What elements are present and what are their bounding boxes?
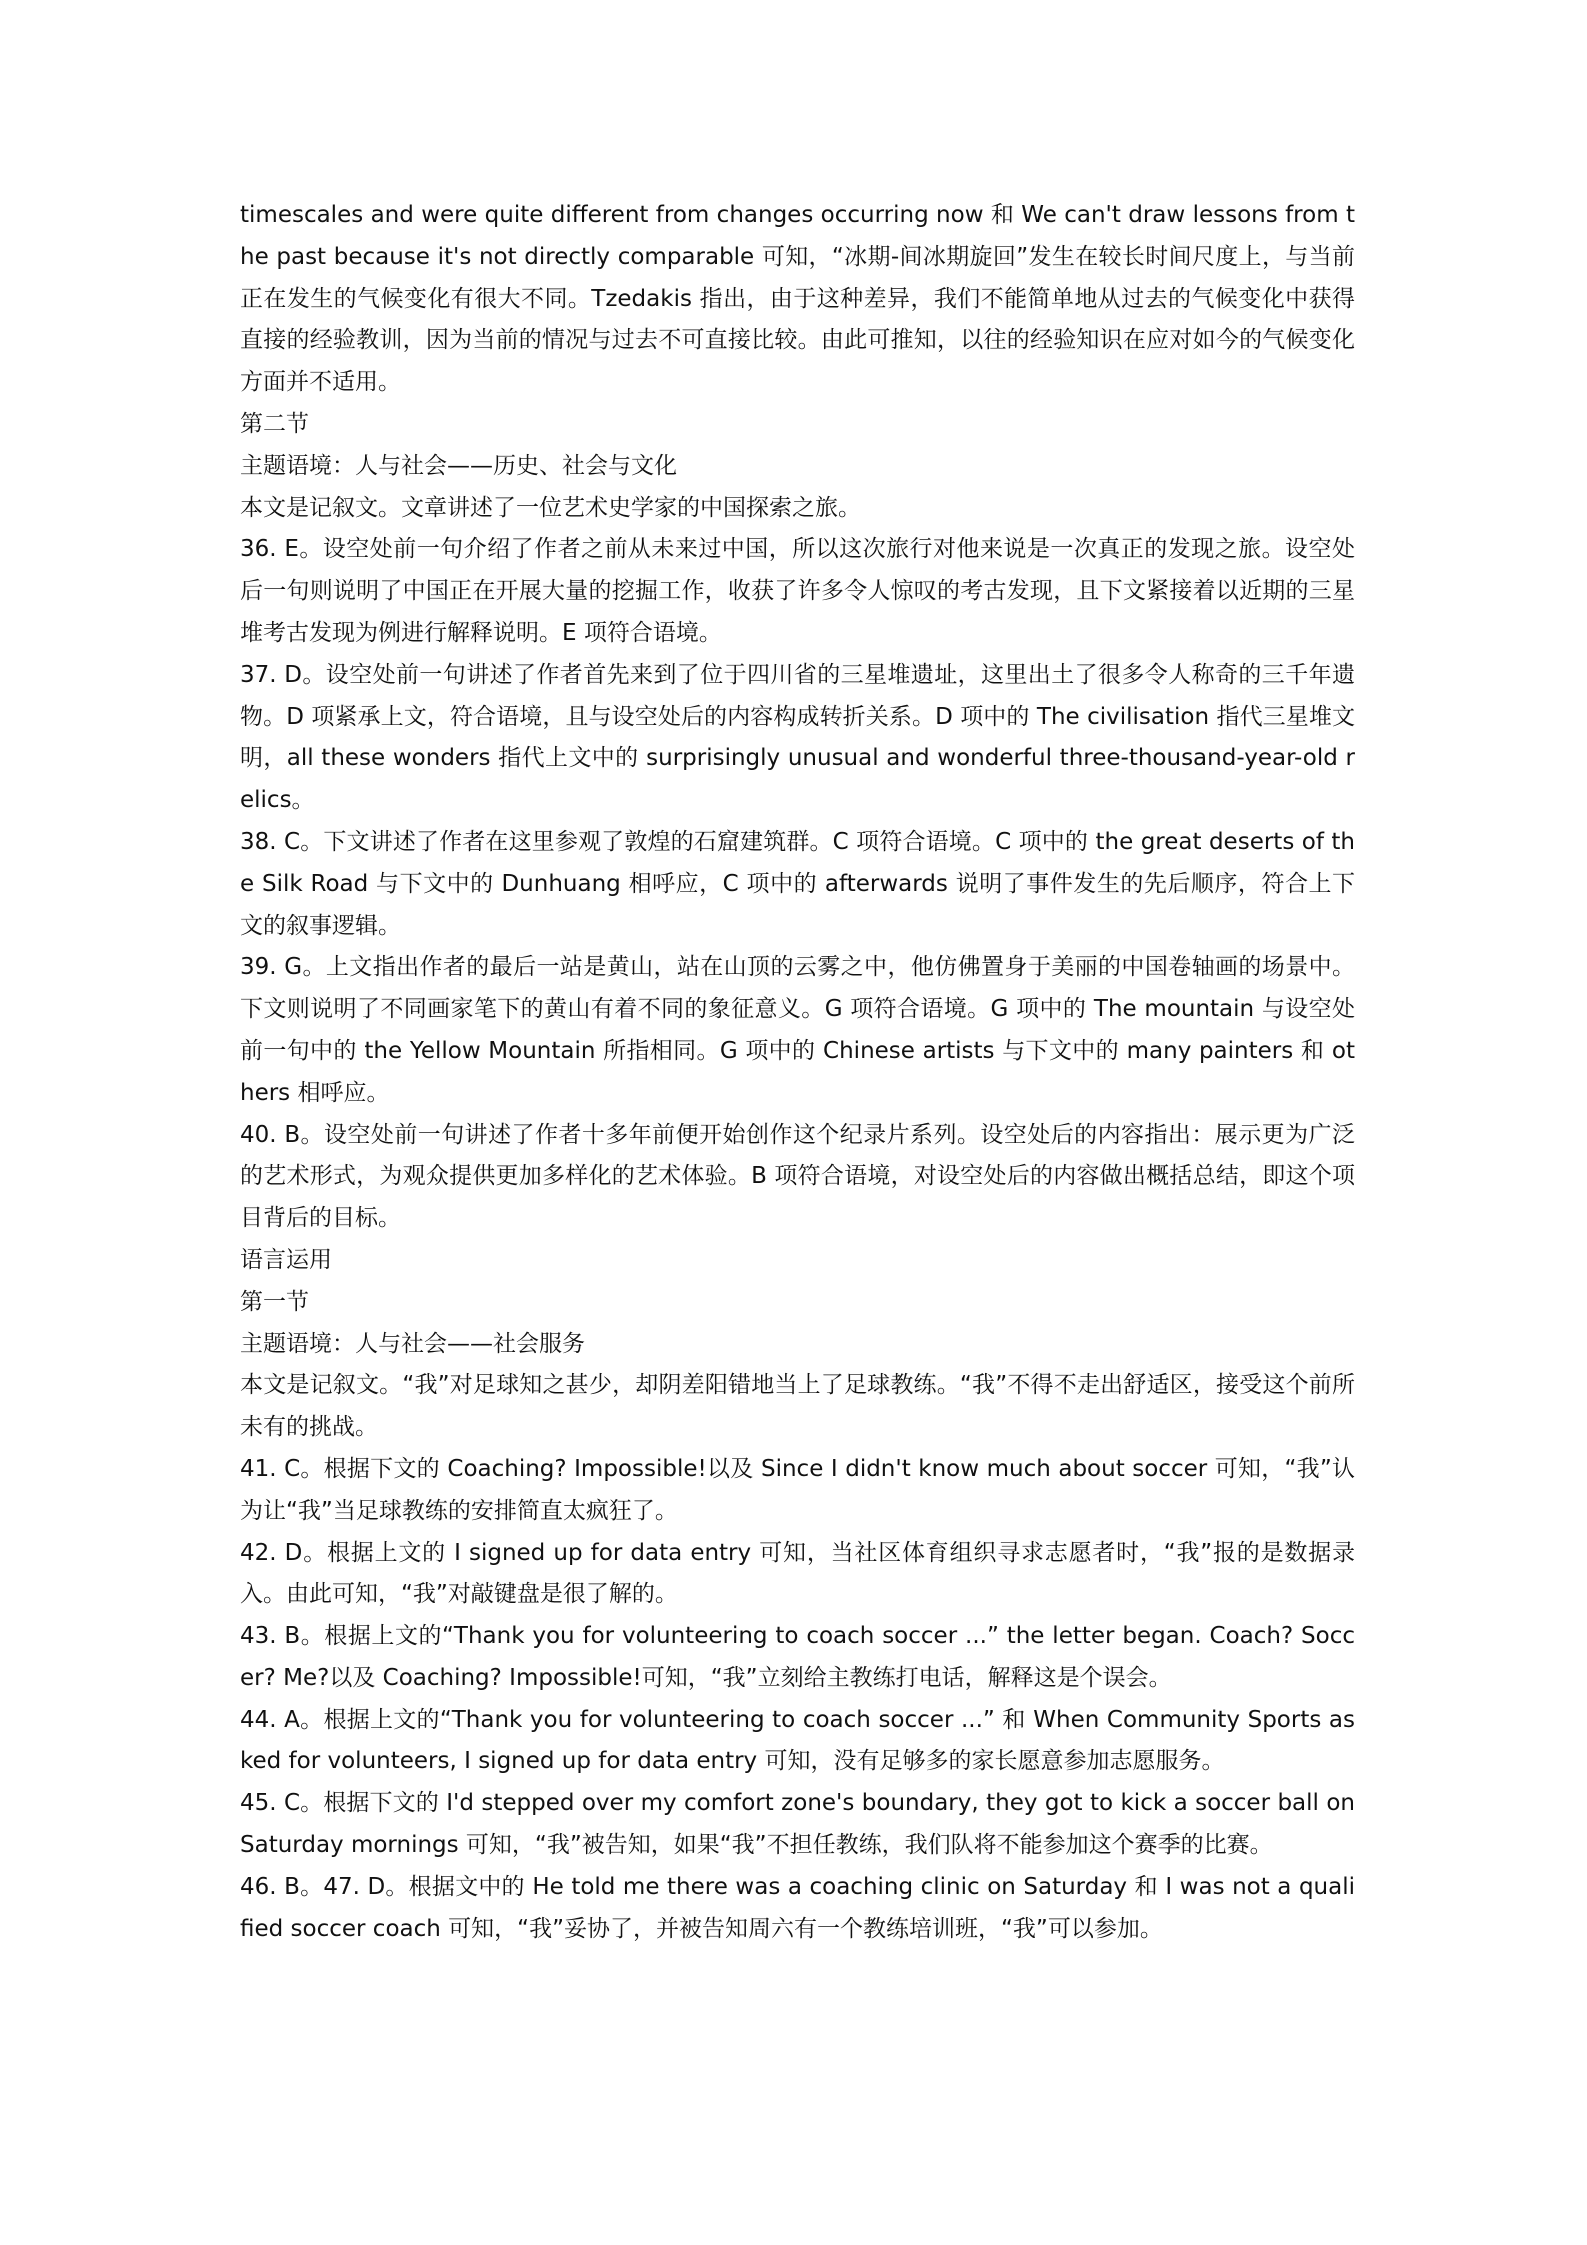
section-heading-language-use: 语言运用 bbox=[240, 1240, 1355, 1282]
answer-40: 40. B。设空处前一句讲述了作者十多年前便开始创作这个纪录片系列。设空处后的内… bbox=[240, 1115, 1355, 1240]
answer-42: 42. D。根据上文的 I signed up for data entry 可… bbox=[240, 1533, 1355, 1617]
answer-38: 38. C。下文讲述了作者在这里参观了敦煌的石窟建筑群。C 项符合语境。C 项中… bbox=[240, 822, 1355, 947]
answer-39: 39. G。上文指出作者的最后一站是黄山，站在山顶的云雾之中，他仿佛置身于美丽的… bbox=[240, 947, 1355, 1114]
theme-context-social-service: 主题语境：人与社会——社会服务 bbox=[240, 1324, 1355, 1366]
answer-41: 41. C。根据下文的 Coaching? Impossible!以及 Sinc… bbox=[240, 1449, 1355, 1533]
document-page: timescales and were quite different from… bbox=[240, 195, 1355, 1950]
section-heading-part-two: 第二节 bbox=[240, 404, 1355, 446]
paragraph-climate-conclusion: timescales and were quite different from… bbox=[240, 195, 1355, 404]
answer-46-47: 46. B。47. D。根据文中的 He told me there was a… bbox=[240, 1867, 1355, 1951]
answer-43: 43. B。根据上文的“Thank you for volunteering t… bbox=[240, 1616, 1355, 1700]
answer-36: 36. E。设空处前一句介绍了作者之前从未来过中国，所以这次旅行对他来说是一次真… bbox=[240, 529, 1355, 654]
passage-summary-soccer-coach: 本文是记叙文。“我”对足球知之甚少，却阴差阳错地当上了足球教练。“我”不得不走出… bbox=[240, 1365, 1355, 1449]
answer-44: 44. A。根据上文的“Thank you for volunteering t… bbox=[240, 1700, 1355, 1784]
answer-45: 45. C。根据下文的 I'd stepped over my comfort … bbox=[240, 1783, 1355, 1867]
passage-summary-art-historian: 本文是记叙文。文章讲述了一位艺术史学家的中国探索之旅。 bbox=[240, 488, 1355, 530]
theme-context-history-culture: 主题语境：人与社会——历史、社会与文化 bbox=[240, 446, 1355, 488]
section-heading-part-one: 第一节 bbox=[240, 1282, 1355, 1324]
answer-37: 37. D。设空处前一句讲述了作者首先来到了位于四川省的三星堆遗址，这里出土了很… bbox=[240, 655, 1355, 822]
